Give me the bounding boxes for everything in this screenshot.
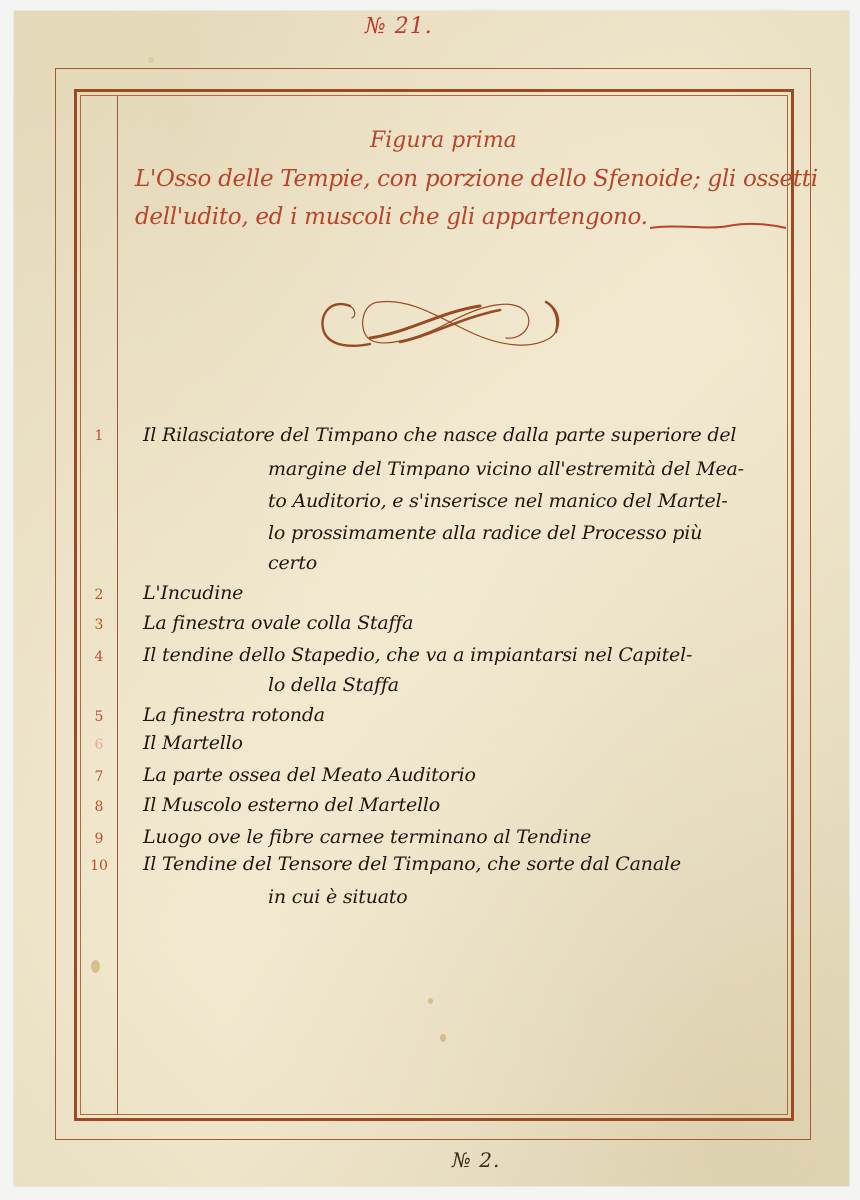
entry-1-line-4: lo prossimamente alla radice del Process… [268,522,702,544]
entry-4-line-2: lo della Staffa [268,674,399,696]
entry-1-line-3: to Auditorio, e s'inserisce nel manico d… [268,490,728,512]
page-number-top: № 21. [365,14,433,39]
entry-number-6: 6 [88,737,110,753]
entry-number-2: 2 [88,587,110,603]
entry-5-line-1: La finestra rotonda [143,704,325,726]
number-margin-rule [117,95,118,1115]
caption-flourish-ornament [648,216,788,236]
entry-number-3: 3 [88,617,110,633]
entry-1-line-5: certo [268,552,317,574]
entry-2-line-1: L'Incudine [143,582,243,604]
entry-4-line-1: Il tendine dello Stapedio, che va a impi… [143,644,692,666]
entry-number-4: 4 [88,649,110,665]
paper-stain [148,57,154,63]
entry-number-5: 5 [88,709,110,725]
entry-number-8: 8 [88,799,110,815]
page-number-bottom: № 2. [452,1148,500,1172]
entry-8-line-1: Il Muscolo esterno del Martello [143,794,440,816]
entry-1-line-1: Il Rilasciatore del Timpano che nasce da… [143,424,736,446]
entry-1-line-2: margine del Timpano vicino all'estremità… [268,458,744,480]
entry-number-7: 7 [88,769,110,785]
figure-title: Figura prima [370,128,517,153]
entry-3-line-1: La finestra ovale colla Staffa [143,612,413,634]
calligraphic-flourish-ornament [310,288,570,358]
entry-6-line-1: Il Martello [143,732,243,754]
entry-9-line-1: Luogo ove le fibre carnee terminano al T… [143,826,591,848]
entry-7-line-1: La parte ossea del Meato Auditorio [143,764,476,786]
entry-number-9: 9 [88,831,110,847]
entry-number-1: 1 [88,428,110,444]
inner-frame-rule [80,95,788,1115]
figure-caption-line-1: L'Osso delle Tempie, con porzione dello … [135,166,795,192]
entry-10-line-1: Il Tendine del Tensore del Timpano, che … [143,853,681,875]
entry-10-line-2: in cui è situato [268,886,408,908]
entry-number-10: 10 [88,858,110,874]
